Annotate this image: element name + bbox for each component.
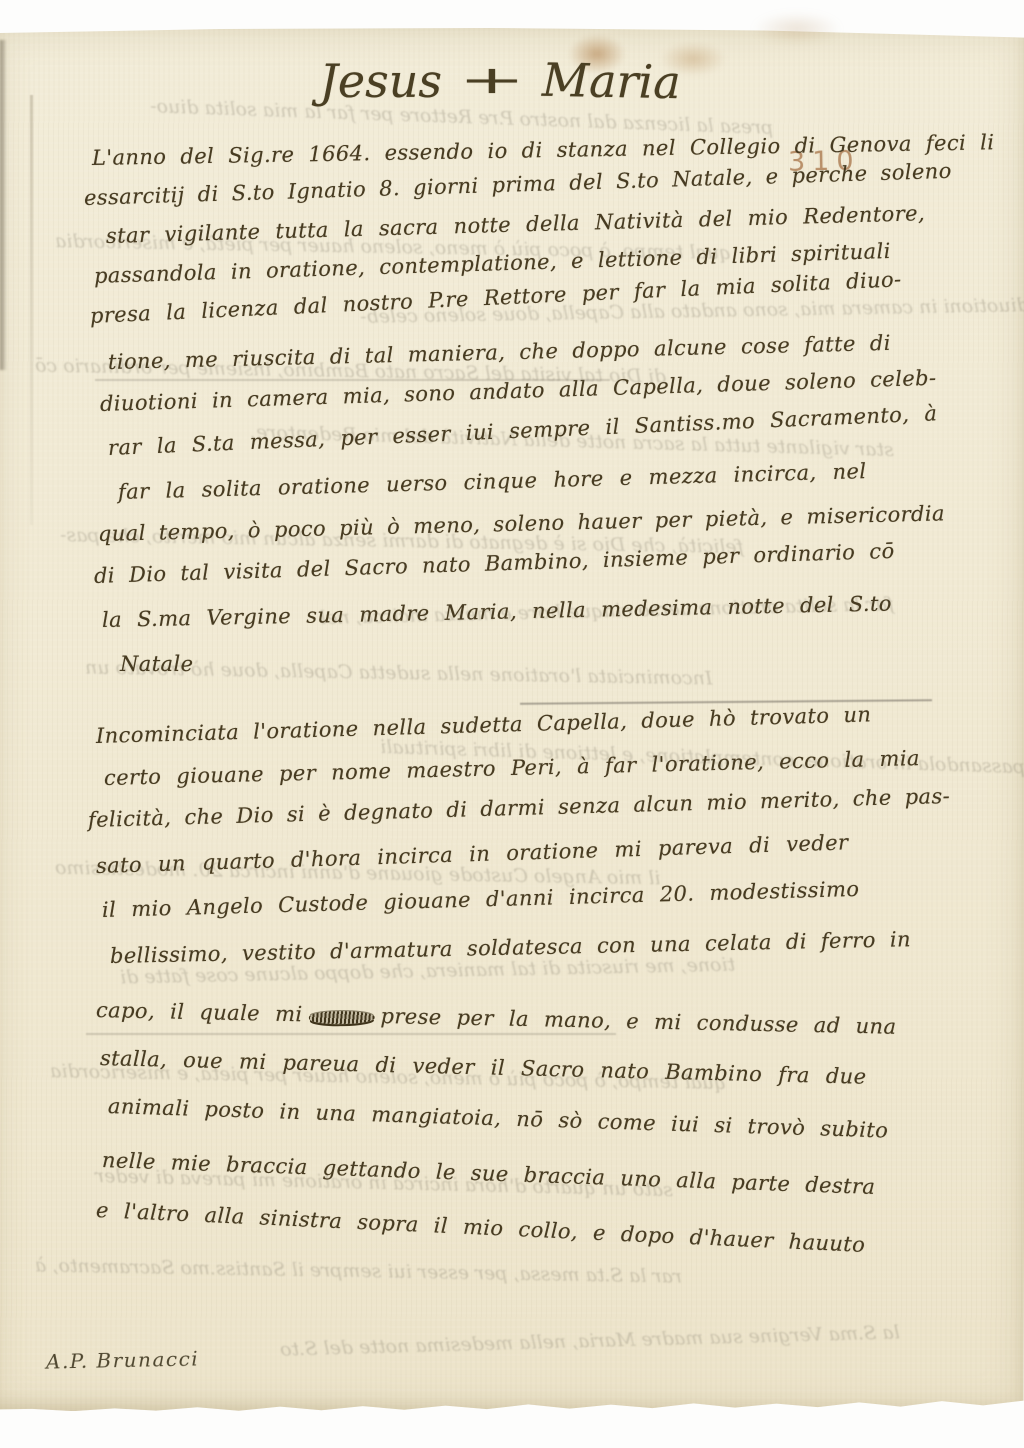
ink-stain — [752, 12, 842, 46]
cross-icon: + — [458, 58, 525, 102]
scanned-manuscript-page: presa la licenza dal nostro P.re Rettore… — [0, 0, 1024, 1448]
pencil-mark — [86, 1033, 616, 1035]
line-text-before-strike: capo, il quale mi — [96, 998, 303, 1026]
manuscript-line: Natale — [120, 654, 193, 675]
title-jesus: Jesus — [319, 54, 442, 108]
page-title: Jesus + Maria — [0, 54, 1000, 108]
pencil-mark — [95, 379, 610, 381]
fold-crease — [30, 95, 33, 525]
title-maria: Maria — [541, 53, 681, 109]
archivist-signature: A.P. Brunacci — [46, 1346, 200, 1373]
ink-scribble-strikeout — [308, 1011, 374, 1025]
